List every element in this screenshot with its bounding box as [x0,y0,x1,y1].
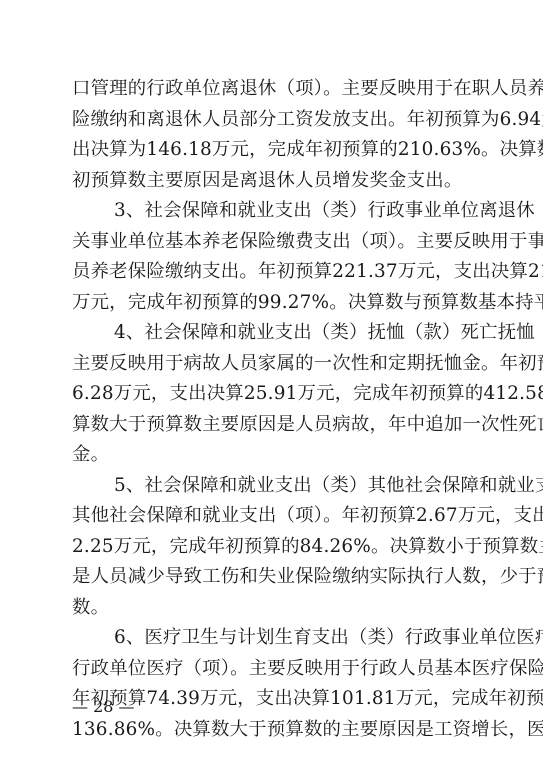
text-line: 主要反映用于病故人员家属的一次性和定期抚恤金。年初预算 [72,349,474,380]
text-line: 初预算数主要原因是离退休人员增发奖金支出。 [72,166,474,197]
text-line: 136.86%。决算数大于预算数的主要原因是工资增长，医疗保险缴 [72,715,474,746]
text-line: 其他社会保障和就业支出（项）。年初预算2.67万元，支出决算 [72,501,474,532]
paragraph-p5: 5、社会保障和就业支出（类）其他社会保障和就业支出（款）其他社会保障和就业支出（… [72,471,474,624]
document-body: 口管理的行政单位离退休（项）。主要反映用于在职人员养老保险缴纳和离退休人员部分工… [72,74,474,745]
text-line: 数。 [72,593,474,624]
text-line: 万元，完成年初预算的99.27%。决算数与预算数基本持平。 [72,288,474,319]
text-line: 6.28万元，支出决算25.91万元，完成年初预算的412.58%。决 [72,379,474,410]
page-number: — 28 — [72,697,135,717]
text-line: 口管理的行政单位离退休（项）。主要反映用于在职人员养老保 [72,74,474,105]
text-line: 出决算为146.18万元，完成年初预算的210.63%。决算数大于年 [72,135,474,166]
text-line: 金。 [72,440,474,471]
text-line: 关事业单位基本养老保险缴费支出（项）。主要反映用于事业人 [72,227,474,258]
text-line: 算数大于预算数主要原因是人员病故，年中追加一次性死亡抚恤 [72,410,474,441]
text-line: 3、社会保障和就业支出（类）行政事业单位离退休（款）机 [72,196,474,227]
paragraph-p4: 4、社会保障和就业支出（类）抚恤（款）死亡抚恤（项）。主要反映用于病故人员家属的… [72,318,474,471]
text-line: 4、社会保障和就业支出（类）抚恤（款）死亡抚恤（项）。 [72,318,474,349]
paragraph-p-cont: 口管理的行政单位离退休（项）。主要反映用于在职人员养老保险缴纳和离退休人员部分工… [72,74,474,196]
text-line: 6、医疗卫生与计划生育支出（类）行政事业单位医疗（款） [72,623,474,654]
text-line: 险缴纳和离退休人员部分工资发放支出。年初预算为6.94元，支 [72,105,474,136]
text-line: 员养老保险缴纳支出。年初预算221.37万元，支出决算219.75 [72,257,474,288]
text-line: 5、社会保障和就业支出（类）其他社会保障和就业支出（款） [72,471,474,502]
paragraph-p3: 3、社会保障和就业支出（类）行政事业单位离退休（款）机关事业单位基本养老保险缴费… [72,196,474,318]
paragraph-p6: 6、医疗卫生与计划生育支出（类）行政事业单位医疗（款）行政单位医疗（项）。主要反… [72,623,474,745]
text-line: 是人员减少导致工伤和失业保险缴纳实际执行人数，少于预算人 [72,562,474,593]
text-line: 行政单位医疗（项）。主要反映用于行政人员基本医疗保险缴费。 [72,654,474,685]
text-line: 2.25万元，完成年初预算的84.26%。决算数小于预算数主要原因 [72,532,474,563]
